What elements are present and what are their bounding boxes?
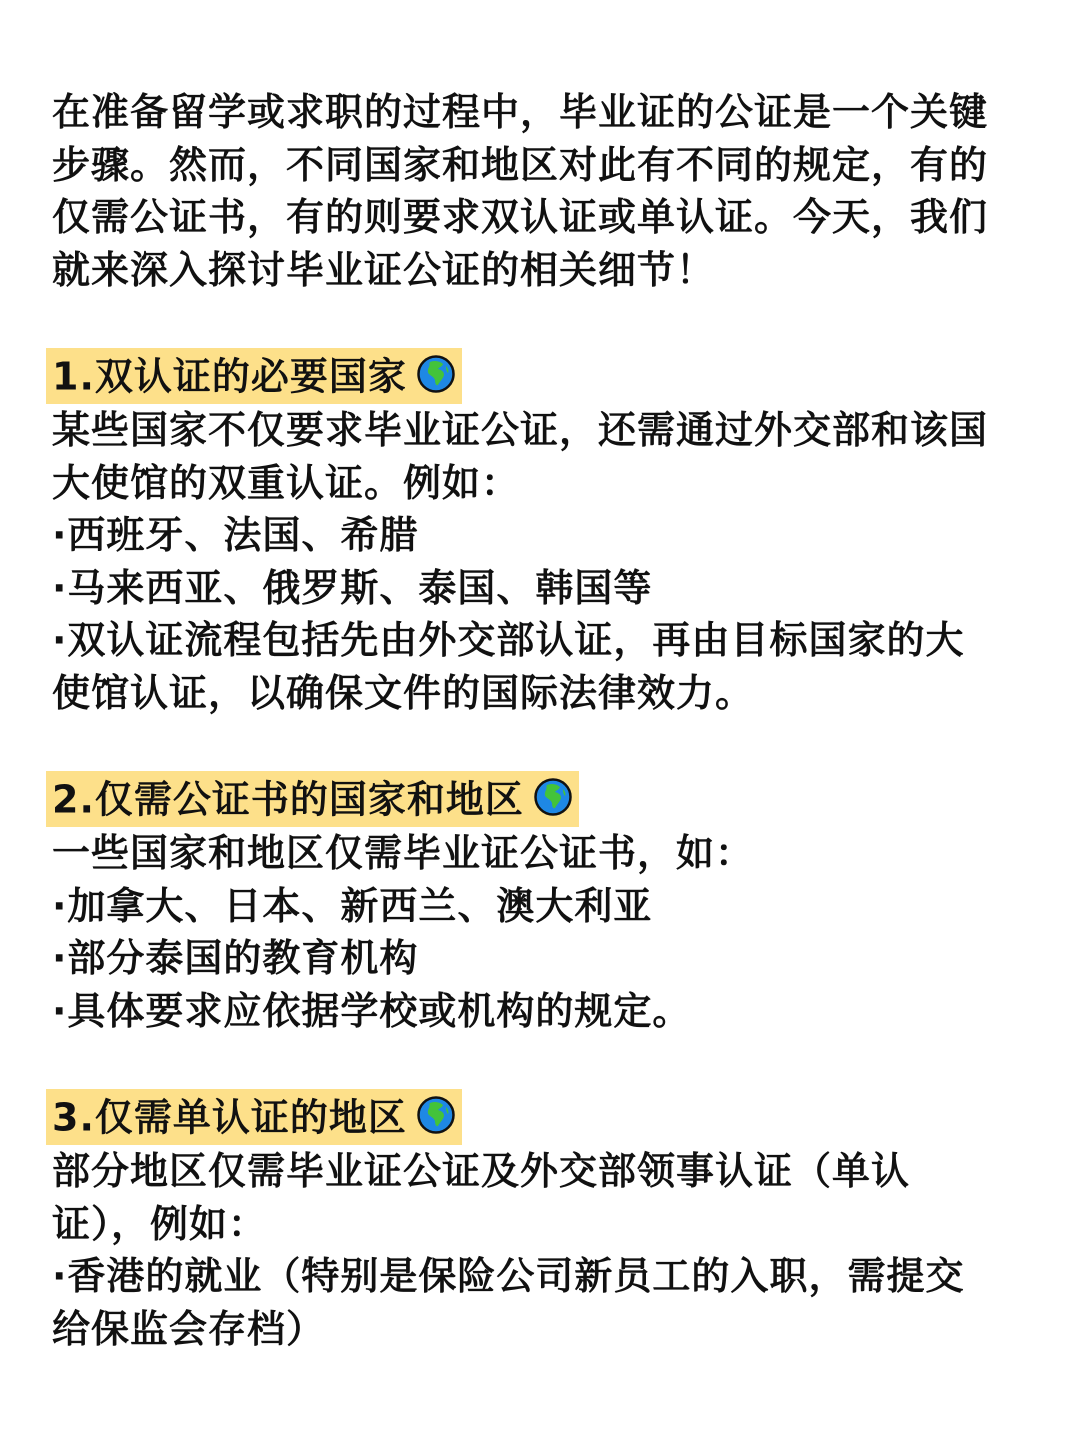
section-double-certification: 1.双认证的必要国家 某些国家不仅要求毕业证公证，还需通过外交部和该国 大使馆的… xyxy=(52,348,1042,719)
body-line: 一些国家和地区仅需毕业证公证书，如： xyxy=(52,827,1042,880)
globe-africa-icon xyxy=(416,354,456,394)
body-line: 使馆认证，以确保文件的国际法律效力。 xyxy=(52,667,1042,720)
section-heading: 3.仅需单认证的地区 xyxy=(52,1096,407,1140)
article: 在准备留学或求职的过程中，毕业证的公证是一个关键 步骤。然而，不同国家和地区对此… xyxy=(52,86,1042,1407)
section-heading: 1.双认证的必要国家 xyxy=(52,355,407,399)
body-line: 给保监会存档） xyxy=(52,1303,1042,1356)
bullet-item: ·香港的就业（特别是保险公司新员工的入职，需提交 xyxy=(52,1250,1042,1303)
section-heading-highlight: 2.仅需公证书的国家和地区 xyxy=(46,771,579,827)
section-body: 部分地区仅需毕业证公证及外交部领事认证（单认 证），例如： ·香港的就业（特别是… xyxy=(52,1145,1042,1355)
body-line: 证），例如： xyxy=(52,1198,1042,1251)
bullet-item: ·部分泰国的教育机构 xyxy=(52,932,1042,985)
bullet-item: ·马来西亚、俄罗斯、泰国、韩国等 xyxy=(52,562,1042,615)
section-body: 一些国家和地区仅需毕业证公证书，如： ·加拿大、日本、新西兰、澳大利亚 ·部分泰… xyxy=(52,827,1042,1037)
intro-line: 仅需公证书，有的则要求双认证或单认证。今天，我们 xyxy=(52,191,1042,244)
intro-line: 就来深入探讨毕业证公证的相关细节！ xyxy=(52,244,1042,297)
intro-line: 在准备留学或求职的过程中，毕业证的公证是一个关键 xyxy=(52,86,1042,139)
bullet-item: ·西班牙、法国、希腊 xyxy=(52,509,1042,562)
intro-line: 步骤。然而，不同国家和地区对此有不同的规定，有的 xyxy=(52,139,1042,192)
globe-africa-icon xyxy=(416,1095,456,1135)
bullet-item: ·双认证流程包括先由外交部认证，再由目标国家的大 xyxy=(52,614,1042,667)
bullet-item: ·具体要求应依据学校或机构的规定。 xyxy=(52,985,1042,1038)
intro-paragraph: 在准备留学或求职的过程中，毕业证的公证是一个关键 步骤。然而，不同国家和地区对此… xyxy=(52,86,1042,296)
section-heading-highlight: 1.双认证的必要国家 xyxy=(46,348,462,404)
section-heading: 2.仅需公证书的国家和地区 xyxy=(52,778,524,822)
bullet-item: ·加拿大、日本、新西兰、澳大利亚 xyxy=(52,880,1042,933)
section-single-certification: 3.仅需单认证的地区 部分地区仅需毕业证公证及外交部领事认证（单认 证），例如：… xyxy=(52,1089,1042,1355)
section-body: 某些国家不仅要求毕业证公证，还需通过外交部和该国 大使馆的双重认证。例如： ·西… xyxy=(52,404,1042,719)
body-line: 大使馆的双重认证。例如： xyxy=(52,457,1042,510)
body-line: 部分地区仅需毕业证公证及外交部领事认证（单认 xyxy=(52,1145,1042,1198)
globe-africa-icon xyxy=(533,777,573,817)
body-line: 某些国家不仅要求毕业证公证，还需通过外交部和该国 xyxy=(52,404,1042,457)
section-heading-highlight: 3.仅需单认证的地区 xyxy=(46,1089,462,1145)
section-notarization-only: 2.仅需公证书的国家和地区 一些国家和地区仅需毕业证公证书，如： ·加拿大、日本… xyxy=(52,771,1042,1037)
